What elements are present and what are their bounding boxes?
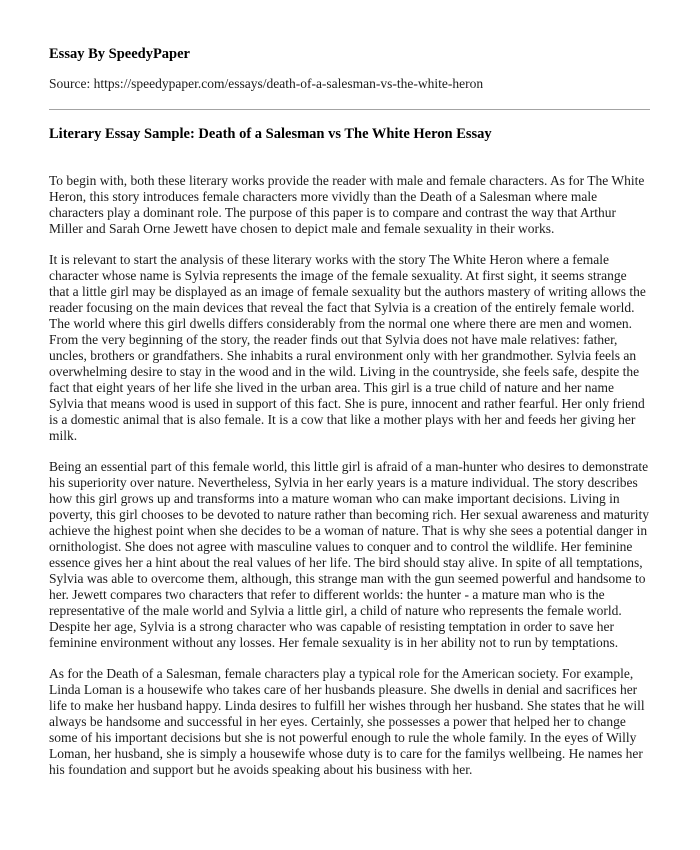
source-line: Source: https://speedypaper.com/essays/d…	[49, 76, 650, 92]
essay-title: Literary Essay Sample: Death of a Salesm…	[49, 125, 650, 143]
document-header: Essay By SpeedyPaper Source: https://spe…	[49, 46, 650, 92]
essay-paragraph-2: It is relevant to start the analysis of …	[49, 252, 650, 444]
essay-body: To begin with, both these literary works…	[49, 173, 650, 778]
essay-paragraph-3: Being an essential part of this female w…	[49, 459, 650, 651]
source-url: https://speedypaper.com/essays/death-of-…	[94, 76, 484, 91]
header-divider	[49, 109, 650, 110]
essay-paragraph-4: As for the Death of a Salesman, female c…	[49, 666, 650, 778]
essay-paragraph-1: To begin with, both these literary works…	[49, 173, 650, 237]
source-label: Source:	[49, 76, 90, 91]
brand-line: Essay By SpeedyPaper	[49, 46, 650, 63]
essay-page: Essay By SpeedyPaper Source: https://spe…	[0, 0, 700, 850]
